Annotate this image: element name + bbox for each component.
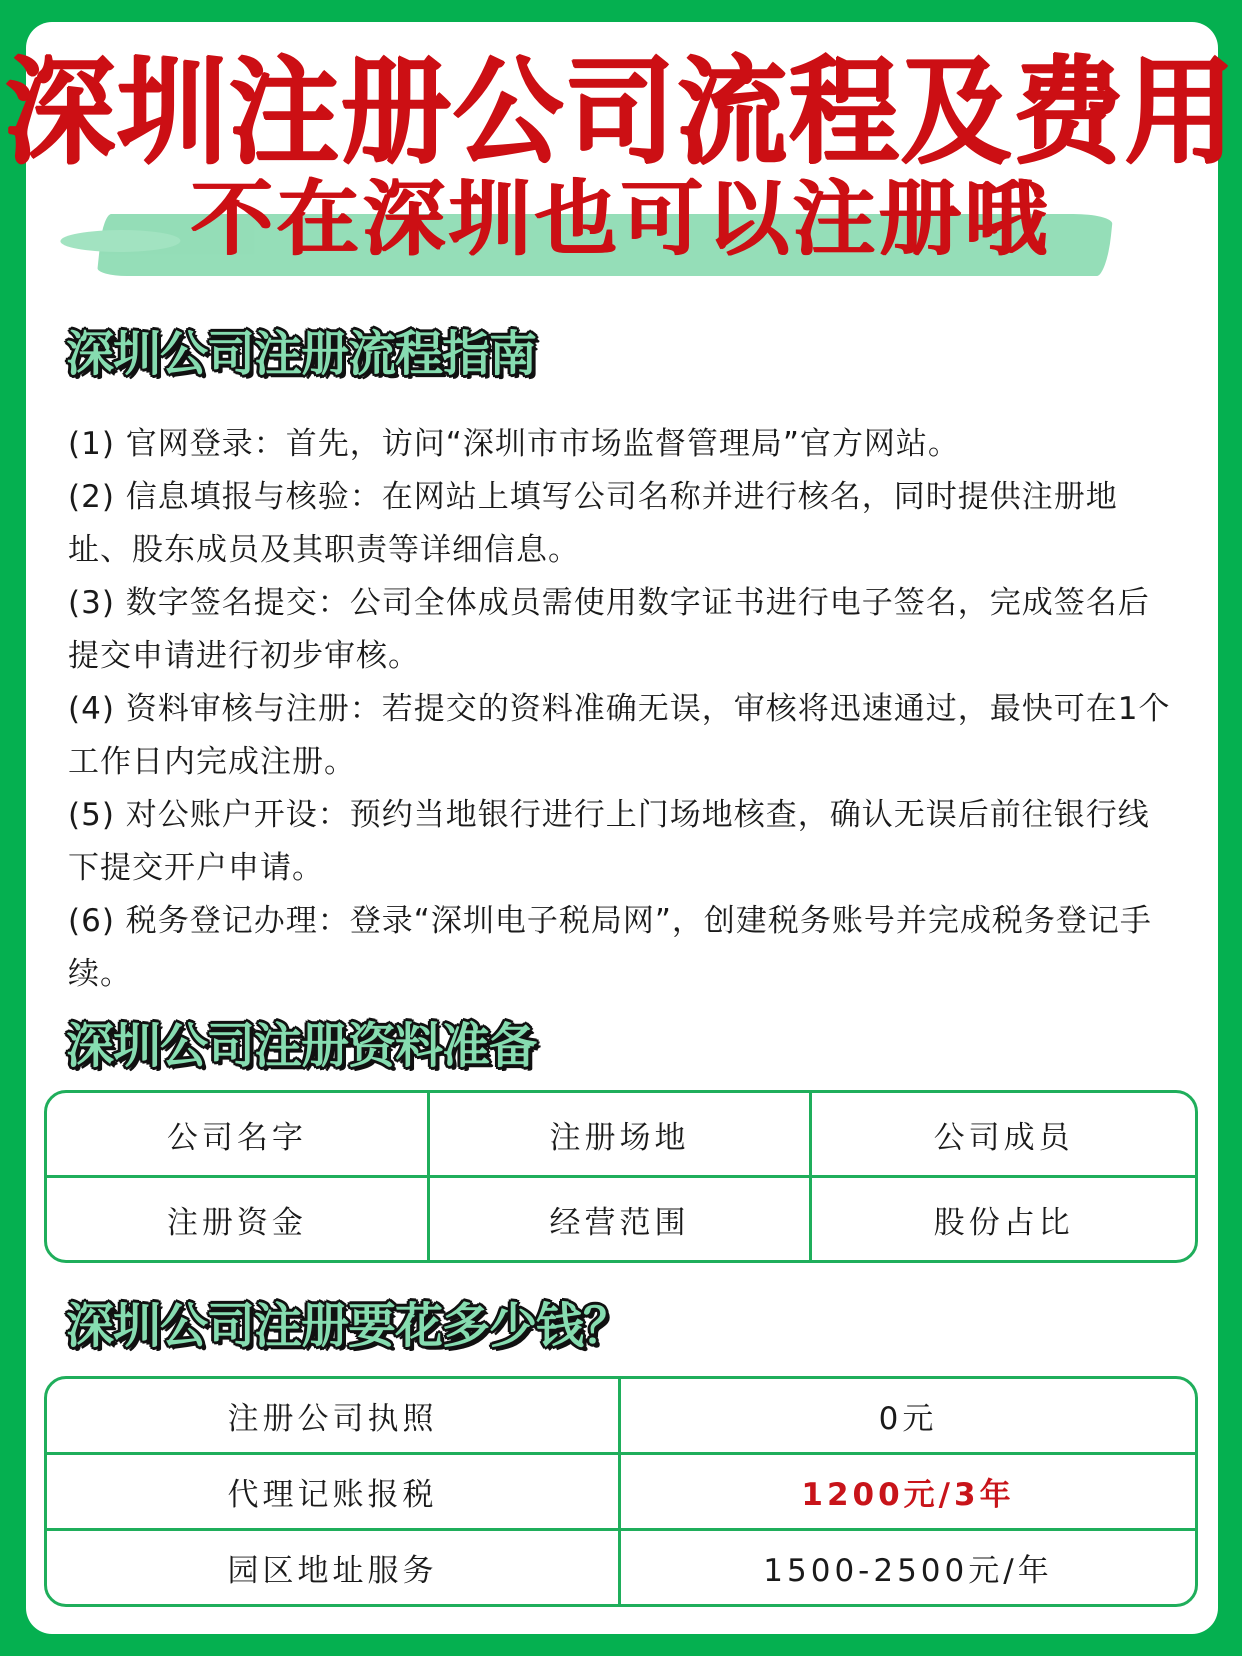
table-cell: 经营范围 [430,1178,813,1260]
process-steps-list: (1) 官网登录：首先，访问“深圳市市场监督管理局”官方网站。 (2) 信息填报… [68,418,1178,1001]
step-3: (3) 数字签名提交：公司全体成员需使用数字证书进行电子签名，完成签名后提交申请… [68,577,1178,683]
table-row: 注册资金 经营范围 股份占比 [47,1178,1195,1260]
subtitle: 不在深圳也可以注册哦 [0,175,1242,265]
fee-price: 1500-2500元/年 [621,1531,1195,1604]
fees-heading: 深圳公司注册要花多少钱？ [66,1296,630,1356]
fee-price: 0元 [621,1379,1195,1455]
fee-price-highlight: 1200元/3年 [621,1455,1195,1531]
table-row: 注册公司执照 0元 [47,1379,1195,1455]
step-6: (6) 税务登记办理：登录“深圳电子税局网”，创建税务账号并完成税务登记手续。 [68,895,1178,1001]
table-cell: 公司名字 [47,1093,430,1178]
fees-table: 注册公司执照 0元 代理记账报税 1200元/3年 园区地址服务 1500-25… [44,1376,1198,1607]
table-cell: 公司成员 [812,1093,1195,1178]
main-title: 深圳注册公司流程及费用 [0,49,1242,175]
fee-item: 注册公司执照 [47,1379,621,1455]
table-cell: 股份占比 [812,1178,1195,1260]
materials-heading: 深圳公司注册资料准备 [66,1016,536,1076]
step-4: (4) 资料审核与注册：若提交的资料准确无误，审核将迅速通过，最快可在1个工作日… [68,683,1178,789]
step-5: (5) 对公账户开设：预约当地银行进行上门场地核查，确认无误后前往银行线下提交开… [68,789,1178,895]
fee-item: 代理记账报税 [47,1455,621,1531]
fee-item: 园区地址服务 [47,1531,621,1604]
table-row: 园区地址服务 1500-2500元/年 [47,1531,1195,1604]
step-1: (1) 官网登录：首先，访问“深圳市市场监督管理局”官方网站。 [68,418,1178,471]
step-2: (2) 信息填报与核验：在网站上填写公司名称并进行核名，同时提供注册地址、股东成… [68,471,1178,577]
process-heading: 深圳公司注册流程指南 [66,324,536,384]
table-cell: 注册资金 [47,1178,430,1260]
table-row: 代理记账报税 1200元/3年 [47,1455,1195,1531]
table-row: 公司名字 注册场地 公司成员 [47,1093,1195,1178]
table-cell: 注册场地 [430,1093,813,1178]
materials-table: 公司名字 注册场地 公司成员 注册资金 经营范围 股份占比 [44,1090,1198,1263]
